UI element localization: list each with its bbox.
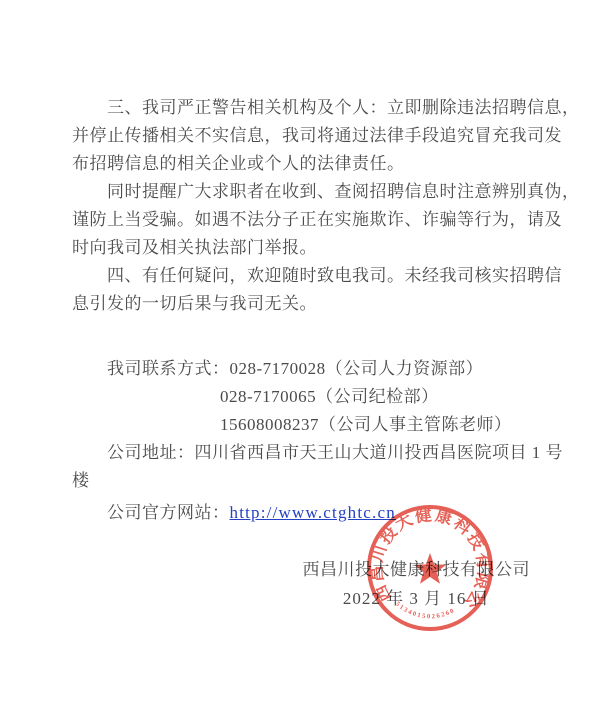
company-address-line: 公司地址：四川省西昌市天王山大道川投西昌医院项目 1 号 (72, 439, 550, 467)
signature-date: 2022 年 3 月 16 日 (303, 584, 531, 614)
reminder-paragraph-line: 谨防上当受骗。如遇不法分子正在实施欺诈、诈骗等行为，请及 (72, 206, 550, 234)
warning-paragraph-line: 三、我司严正警告相关机构及个人：立即删除违法招聘信息， (72, 94, 550, 122)
company-address-line: 楼 (72, 467, 550, 495)
warning-paragraph-line: 并停止传播相关不实信息，我司将通过法律手段追究冒充我司发 (72, 122, 550, 150)
reminder-paragraph-line: 同时提醒广大求职者在收到、查阅招聘信息时注意辨别真伪， (72, 178, 550, 206)
disclaimer-paragraph-line: 息引发的一切后果与我司无关。 (72, 290, 550, 318)
notice-document-page: 三、我司严正警告相关机构及个人：立即删除违法招聘信息， 并停止传播相关不实信息，… (0, 0, 593, 702)
reminder-paragraph-line: 时向我司及相关执法部门举报。 (72, 234, 550, 262)
contact-phone-discipline: 028-7170065（公司纪检部） (72, 383, 550, 411)
company-website-link[interactable]: http://www.ctghtc.cn (230, 503, 396, 522)
contact-phone-hr: 我司联系方式：028-7170028（公司人力资源部） (72, 355, 550, 383)
website-label: 公司官方网站： (107, 503, 230, 522)
signature-block: 西昌川投大健康科技有限公司 2022 年 3 月 16 日 (303, 556, 531, 614)
document-body: 三、我司严正警告相关机构及个人：立即删除违法招聘信息， 并停止传播相关不实信息，… (72, 94, 550, 614)
warning-paragraph-line: 布招聘信息的相关企业或个人的法律责任。 (72, 150, 550, 178)
disclaimer-paragraph-line: 四、有任何疑问，欢迎随时致电我司。未经我司核实招聘信 (72, 262, 550, 290)
website-row: 公司官方网站：http://www.ctghtc.cn (72, 499, 550, 527)
signature-company-name: 西昌川投大健康科技有限公司 (303, 556, 531, 584)
contact-phone-hr-manager: 15608008237（公司人事主管陈老师） (72, 411, 550, 439)
